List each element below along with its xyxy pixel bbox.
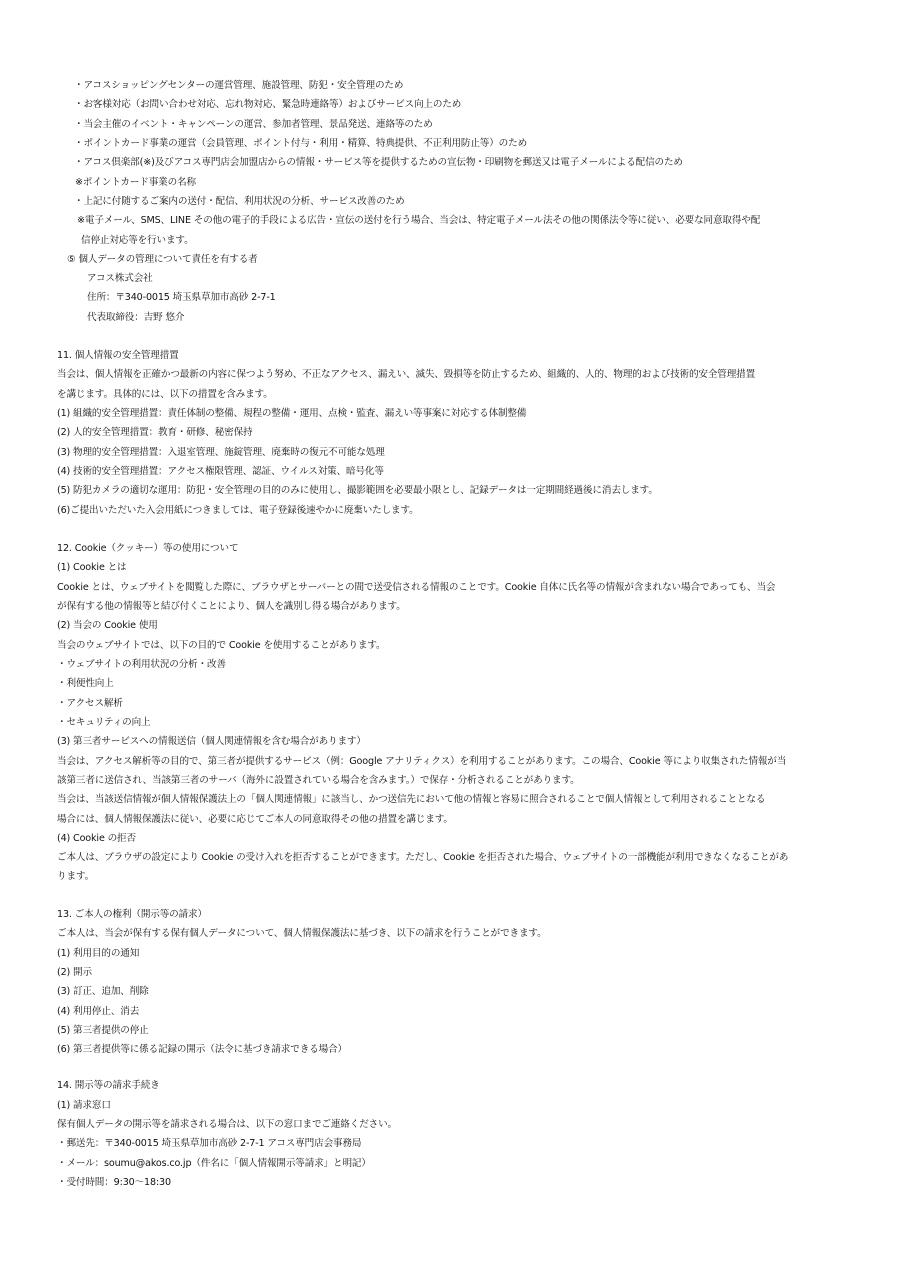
right-item: (3) 訂正、追加、削除 [57, 985, 149, 999]
section-13-intro: ご本人は、当会が保有する保有個人データについて、個人情報保護法に基づき、以下の請… [57, 927, 547, 941]
cookie-usage-item: ・ウェブサイトの利用状況の分析・改善 [57, 658, 226, 672]
cookie-refusal-text: ご本人は、ブラウザの設定により Cookie の受け入れを拒否することができます… [57, 851, 788, 865]
cookie-usage-intro: 当会のウェブサイトでは、以下の目的で Cookie を使用することがあります。 [57, 639, 385, 653]
cookie-refusal-heading: (4) Cookie の拒否 [57, 832, 136, 846]
cookie-definition-text-cont: が保有する他の情報等と結び付くことにより、個人を識別し得る場合があります。 [57, 600, 406, 614]
document-page: ・アコスショッピングセンターの運営管理、施設管理、防犯・安全管理のため ・お客様… [0, 0, 900, 1272]
section-11-intro: 当会は、個人情報を正確かつ最新の内容に保つよう努め、不正なアクセス、漏えい、滅失… [57, 368, 755, 382]
postal-address: ・郵送先：〒340-0015 埼玉県草加市高砂 2-7-1 アコス専門店会事務局 [57, 1137, 361, 1151]
security-measure-item: (2) 人的安全管理措置：教育・研修、秘密保持 [57, 426, 252, 440]
email-address: soumu@akos.co.jp [104, 1158, 191, 1169]
reception-hours: ・受付時間：9:30～18:30 [57, 1176, 171, 1190]
request-window-heading: (1) 請求窓口 [57, 1099, 111, 1113]
third-party-text-2: 当会は、当該送信情報が個人情報保護法上の「個人関連情報」に該当し、かつ送信先にお… [57, 793, 765, 807]
purpose-item: ・アコスショッピングセンターの運営管理、施設管理、防犯・安全管理のため [74, 79, 403, 93]
cookie-usage-item: ・セキュリティの向上 [57, 716, 150, 730]
cookie-usage-heading: (2) 当会の Cookie 使用 [57, 619, 158, 633]
company-address: 住所：〒340-0015 埼玉県草加市高砂 2-7-1 [87, 291, 276, 305]
section-11-heading: 11. 個人情報の安全管理措置 [57, 349, 179, 363]
cookie-definition-text: Cookie とは、ウェブサイトを閲覧した際に、ブラウザとサーバーとの間で送受信… [57, 581, 775, 595]
third-party-text: 当会は、アクセス解析等の目的で、第三者が提供するサービス（例：Google アナ… [57, 755, 786, 769]
section-12-heading: 12. Cookie（クッキー）等の使用について [57, 542, 238, 556]
company-representative: 代表取締役：吉野 悠介 [87, 311, 184, 325]
electronic-ads-note: ※電子メール、SMS、LINE その他の電子的手段による広告・宣伝の送付を行う場… [77, 214, 760, 228]
email-line: ・メール：soumu@akos.co.jp（件名に「個人情報開示等請求」と明記） [57, 1157, 371, 1171]
request-window-intro: 保有個人データの開示等を請求される場合は、以下の窓口までご連絡ください。 [57, 1118, 397, 1132]
right-item: (4) 利用停止、消去 [57, 1005, 139, 1019]
cookie-definition-heading: (1) Cookie とは [57, 561, 127, 575]
section-11-intro-cont: を講じます。具体的には、以下の措置を含みます。 [57, 388, 273, 402]
email-note: （件名に「個人情報開示等請求」と明記） [191, 1158, 370, 1169]
right-item: (1) 利用目的の通知 [57, 947, 139, 961]
email-label: ・メール： [57, 1158, 104, 1169]
purpose-item: ・お客様対応（お問い合わせ対応、忘れ物対応、緊急時連絡等）およびサービス向上のた… [74, 98, 461, 112]
right-item: (5) 第三者提供の停止 [57, 1024, 149, 1038]
right-item: (6) 第三者提供等に係る記録の開示（法令に基づき請求できる場合） [57, 1043, 347, 1057]
purpose-item: ・当会主催のイベント・キャンペーンの運営、参加者管理、景品発送、連絡等のため [74, 118, 433, 132]
purpose-item: ・アコス倶楽部(※)及びアコス専門店会加盟店からの情報・サービス等を提供するため… [74, 156, 683, 170]
responsible-party-heading: ⑤ 個人データの管理について責任を有する者 [67, 253, 258, 267]
third-party-text-cont: 該第三者に送信され、当該第三者のサーバ（海外に設置されている場合を含みます。）で… [57, 774, 580, 788]
electronic-ads-note-cont: 信停止対応等を行います。 [81, 234, 194, 248]
section-13-heading: 13. ご本人の権利（開示等の請求） [57, 908, 207, 922]
security-measure-item: (4) 技術的安全管理措置：アクセス権限管理、認証、ウイルス対策、暗号化等 [57, 465, 384, 479]
footnote-point-card: ※ポイントカード事業の名称 [75, 176, 196, 190]
cookie-usage-item: ・アクセス解析 [57, 697, 123, 711]
third-party-text-2-cont: 場合には、個人情報保護法に従い、必要に応じてご本人の同意取得その他の措置を講じま… [57, 813, 453, 827]
purpose-item: ・上記に付随するご案内の送付・配信、利用状況の分析、サービス改善のため [74, 195, 405, 209]
cookie-usage-item: ・利便性向上 [57, 677, 114, 691]
security-measure-item: (1) 組織的安全管理措置：責任体制の整備、規程の整備・運用、点検・監査、漏えい… [57, 407, 526, 421]
security-measure-item: (6)ご提出いただいた入会用紙につきましては、電子登録後速やかに廃棄いたします。 [57, 504, 419, 518]
security-measure-item: (5) 防犯カメラの適切な運用：防犯・安全管理の目的のみに使用し、撮影範囲を必要… [57, 484, 658, 498]
right-item: (2) 開示 [57, 966, 92, 980]
section-14-heading: 14. 開示等の請求手続き [57, 1079, 160, 1093]
security-measure-item: (3) 物理的安全管理措置：入退室管理、施錠管理、廃棄時の復元不可能な処理 [57, 446, 385, 460]
company-name: アコス株式会社 [87, 272, 153, 286]
third-party-heading: (3) 第三者サービスへの情報送信（個人関連情報を含む場合があります） [57, 735, 366, 749]
purpose-item: ・ポイントカード事業の運営（会員管理、ポイント付与・利用・精算、特典提供、不正利… [74, 137, 527, 151]
cookie-refusal-text-cont: ります。 [57, 870, 94, 884]
